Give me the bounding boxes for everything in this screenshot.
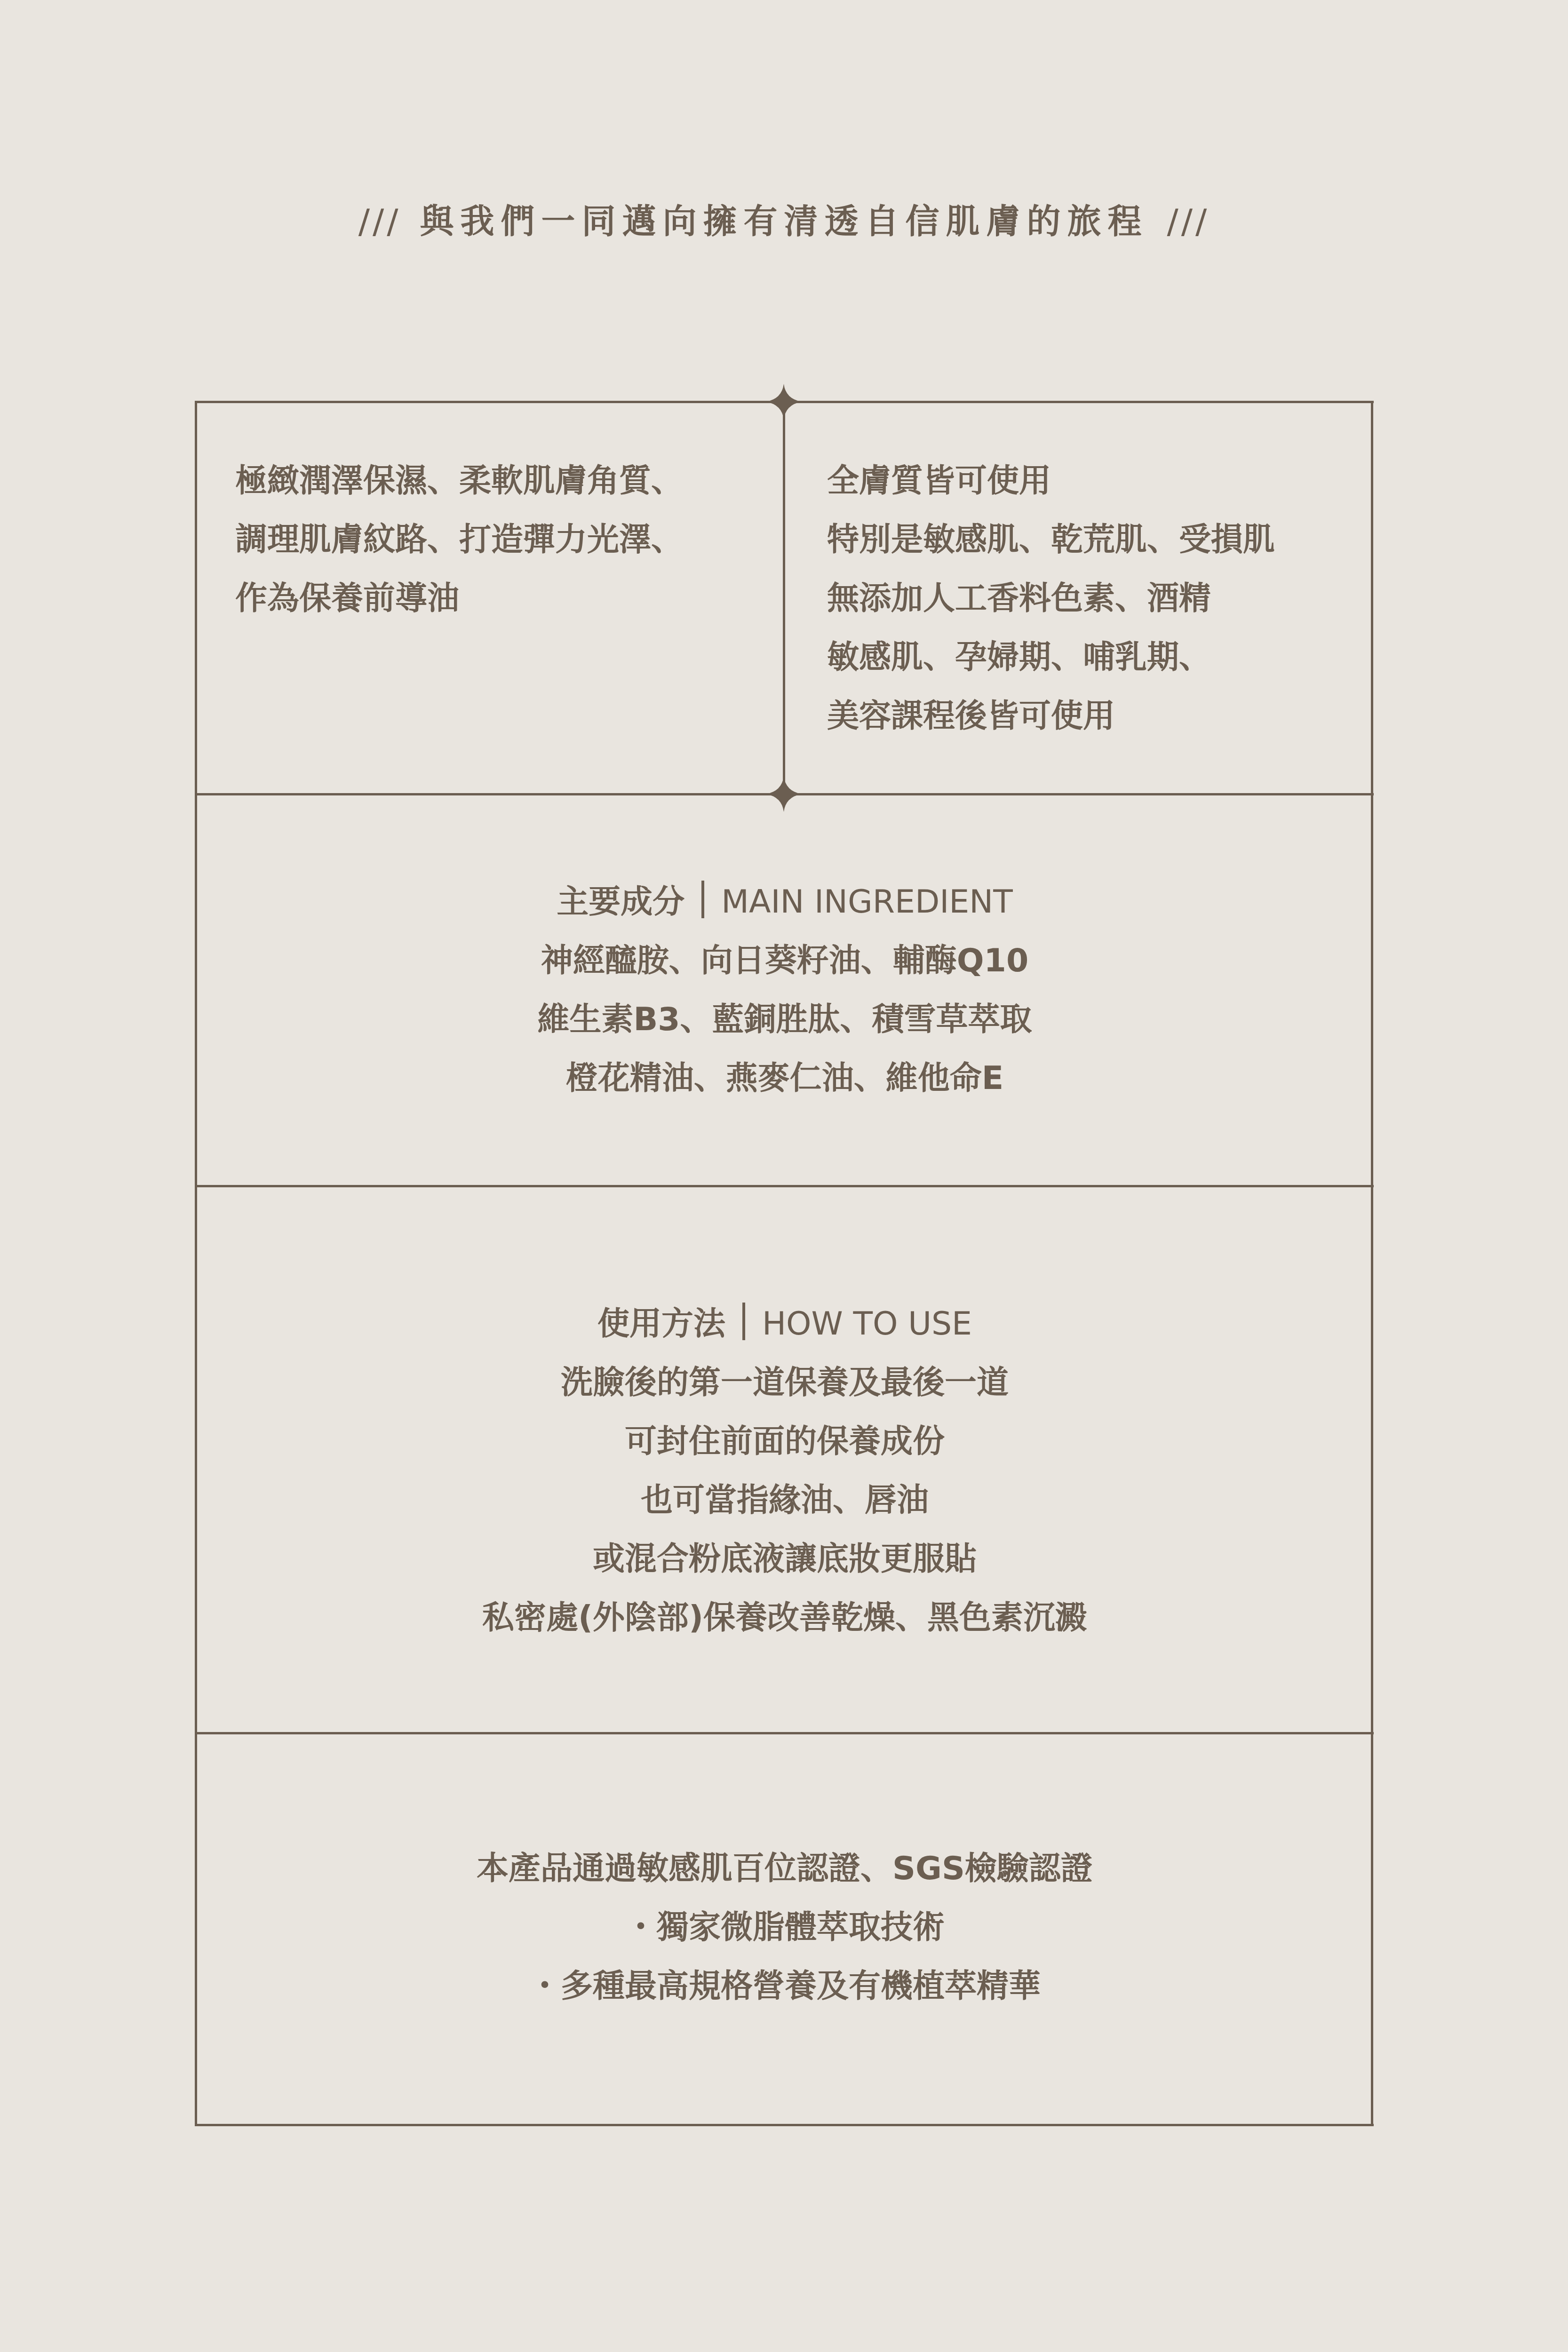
title-deco-right: /// (1167, 201, 1210, 241)
ingredients-heading: 主要成分MAIN INGREDIENT (198, 873, 1372, 931)
usage-line: 洗臉後的第一道保養及最後一道 (198, 1353, 1372, 1412)
benefits-right: 全膚質皆可使用 特別是敏感肌、乾荒肌、受損肌 無添加人工香料色素、酒精 敏感肌、… (827, 452, 1275, 746)
heading-separator (742, 1303, 745, 1340)
title-deco-left: /// (358, 201, 401, 241)
suitability-line: 美容課程後皆可使用 (827, 687, 1275, 746)
usage-line: 或混合粉底液讓底妝更服貼 (198, 1530, 1372, 1589)
benefit-line: 作為保養前導油 (235, 569, 683, 628)
suitability-line: 敏感肌、孕婦期、哺乳期、 (827, 628, 1275, 687)
benefits-left: 極緻潤澤保濕、柔軟肌膚角質、 調理肌膚紋路、打造彈力光澤、 作為保養前導油 (235, 452, 683, 628)
usage-line: 也可當指緣油、唇油 (198, 1471, 1372, 1530)
suitability-line: 全膚質皆可使用 (827, 452, 1275, 510)
ingredients-section: 主要成分MAIN INGREDIENT 神經醯胺、向日葵籽油、輔酶Q10 維生素… (198, 873, 1372, 1108)
feature-bullet: ・獨家微脂體萃取技術 (198, 1898, 1372, 1957)
title-text: 與我們一同邁向擁有清透自信肌膚的旅程 (420, 201, 1148, 241)
certification-line: 本產品通過敏感肌百位認證、SGS檢驗認證 (198, 1839, 1372, 1898)
ingredient-line: 神經醯胺、向日葵籽油、輔酶Q10 (198, 931, 1372, 990)
sparkle-star-icon (765, 383, 803, 421)
center-divider (783, 401, 785, 795)
usage-section: 使用方法HOW TO USE 洗臉後的第一道保養及最後一道 可封住前面的保養成份… (198, 1295, 1372, 1647)
suitability-line: 特別是敏感肌、乾荒肌、受損肌 (827, 510, 1275, 569)
usage-line: 可封住前面的保養成份 (198, 1412, 1372, 1471)
frame-bottom-border (196, 2124, 1374, 2126)
ingredient-line: 橙花精油、燕麥仁油、維他命E (198, 1049, 1372, 1108)
benefit-line: 極緻潤澤保濕、柔軟肌膚角質、 (235, 452, 683, 510)
sparkle-star-icon (765, 775, 803, 813)
certification-section: 本產品通過敏感肌百位認證、SGS檢驗認證 ・獨家微脂體萃取技術 ・多種最高規格營… (198, 1839, 1372, 2016)
heading-separator (701, 881, 704, 918)
suitability-line: 無添加人工香料色素、酒精 (827, 569, 1275, 628)
usage-line: 私密處(外陰部)保養改善乾燥、黑色素沉澱 (198, 1589, 1372, 1647)
usage-heading: 使用方法HOW TO USE (198, 1295, 1372, 1353)
feature-bullet: ・多種最高規格營養及有機植萃精華 (198, 1957, 1372, 2016)
usage-heading-zh: 使用方法 (597, 1305, 725, 1343)
ingredient-line: 維生素B3、藍銅胜肽、積雪草萃取 (198, 990, 1372, 1049)
page-title: ///與我們一同邁向擁有清透自信肌膚的旅程/// (0, 198, 1568, 245)
divider-ingredients (196, 1185, 1374, 1187)
benefit-line: 調理肌膚紋路、打造彈力光澤、 (235, 510, 683, 569)
divider-usage (196, 1732, 1374, 1734)
ingredients-heading-zh: 主要成分 (557, 883, 685, 921)
frame-left-border (195, 401, 197, 2126)
ingredients-heading-en: MAIN INGREDIENT (721, 883, 1012, 921)
usage-heading-en: HOW TO USE (762, 1305, 972, 1343)
